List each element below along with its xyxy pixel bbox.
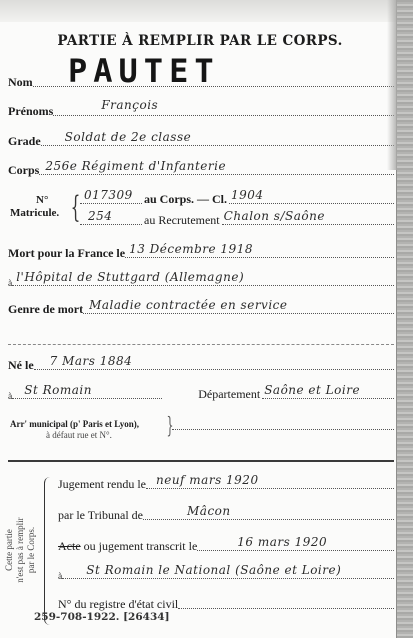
value-lieu-transcription: St Romain le National (Saône et Loire) [86, 563, 341, 577]
field-lieu-naissance: à St Romain Département Saône et Loire [8, 386, 394, 402]
dotted-line: Mâcon [143, 518, 394, 520]
label-corps: Corps [8, 163, 39, 178]
label-tribunal: par le Tribunal de [58, 508, 143, 523]
value-transcrit: 16 mars 1920 [237, 535, 327, 549]
value-genre-mort: Maladie contractée en service [89, 298, 287, 312]
dotted-line: François [53, 114, 394, 116]
label-acte-struck: Acte [58, 539, 81, 554]
value-nom: PAUTET [68, 52, 220, 90]
side-note: Cette partie n'est pas à remplir par le … [4, 490, 50, 610]
field-matricule-corps: 017309 au Corps. — Cl. 1904 [80, 191, 394, 207]
dotted-line: 017309 [80, 202, 142, 204]
value-recrutement-place: Chalon s/Saône [224, 209, 325, 223]
value-arrondissement [172, 428, 394, 430]
field-ne-le: Né le 7 Mars 1884 [8, 357, 394, 373]
label-no: N° [36, 194, 48, 206]
label-arrondissement-2: à défaut rue et N°. [46, 430, 112, 440]
brace-icon: { [71, 190, 81, 225]
dotted-line: Saône et Loire [262, 397, 394, 399]
label-genre-mort: Genre de mort [8, 302, 83, 317]
field-tribunal: par le Tribunal de Mâcon [58, 507, 394, 523]
label-au-recrutement: au Recrutement [144, 213, 220, 228]
value-corps: 256e Régiment d'Infanterie [45, 159, 226, 173]
field-transcrit: Acte ou jugement transcrit le 16 mars 19… [58, 538, 394, 554]
field-registre: N° du registre d'état civil [58, 596, 394, 612]
label-ne-le: Né le [8, 358, 34, 373]
label-jugement-rendu: Jugement rendu le [58, 477, 146, 492]
dotted-line: neuf mars 1920 [146, 487, 394, 489]
value-prenoms: François [101, 98, 158, 112]
dotted-line: St Romain [12, 397, 162, 399]
label-matricule: Matricule. [10, 207, 59, 219]
label-registre: N° du registre d'état civil [58, 597, 178, 612]
field-matricule-recrutement: 254 au Recrutement Chalon s/Saône [80, 212, 394, 228]
dotted-line: 254 [80, 223, 142, 225]
dotted-line: 1904 [229, 202, 394, 204]
section-divider [8, 460, 394, 462]
field-mort: Mort pour la France le 13 Décembre 1918 [8, 245, 394, 261]
side-note-line: Cette partie [4, 490, 15, 610]
dotted-line: 256e Régiment d'Infanterie [39, 173, 394, 175]
value-lieu-mort: l'Hôpital de Stuttgard (Allemagne) [16, 270, 244, 284]
value-departement: Saône et Loire [264, 383, 360, 397]
scan-top-band [0, 0, 400, 22]
field-lieu-transcription: à St Romain le National (Saône et Loire) [58, 566, 394, 582]
dotted-line: Maladie contractée en service [83, 312, 394, 314]
label-departement: Département [198, 387, 260, 402]
dotted-line: 7 Mars 1884 [34, 368, 394, 370]
label-mort: Mort pour la France le [8, 246, 125, 261]
divider [8, 344, 394, 345]
dotted-line: Chalon s/Saône [222, 223, 394, 225]
field-corps: Corps 256e Régiment d'Infanterie [8, 162, 394, 178]
side-note-line: n'est pas à remplir [15, 490, 26, 610]
field-jugement-rendu: Jugement rendu le neuf mars 1920 [58, 476, 394, 492]
value-matricule-recrutement: 254 [88, 209, 112, 223]
field-genre-mort: Genre de mort Maladie contractée en serv… [8, 301, 394, 317]
dotted-line: St Romain le National (Saône et Loire) [62, 577, 394, 579]
field-prenoms: Prénoms François [8, 103, 394, 119]
label-transcrit: ou jugement transcrit le [84, 539, 198, 554]
label-arrondissement: Arr' municipal (p' Paris et Lyon), [10, 419, 139, 429]
label-au-corps: au Corps. — Cl. [144, 192, 227, 207]
label-grade: Grade [8, 134, 41, 149]
field-lieu-mort: à l'Hôpital de Stuttgard (Allemagne) [8, 273, 394, 289]
dotted-line: l'Hôpital de Stuttgard (Allemagne) [12, 284, 394, 286]
value-lieu-naissance: St Romain [24, 383, 92, 397]
value-ne-le: 7 Mars 1884 [50, 354, 133, 368]
value-jugement-rendu: neuf mars 1920 [156, 473, 259, 487]
side-note-line: par le Corps. [26, 490, 37, 610]
dotted-line: Soldat de 2e classe [41, 144, 394, 146]
dotted-line: 16 mars 1920 [197, 549, 394, 551]
dotted-line [178, 607, 394, 609]
document-page: PARTIE À REMPLIR PAR LE CORPS. Nom PAUTE… [0, 0, 400, 638]
brace-icon: } [167, 414, 174, 439]
value-classe: 1904 [231, 188, 264, 202]
field-grade: Grade Soldat de 2e classe [8, 133, 394, 149]
form-title: PARTIE À REMPLIR PAR LE CORPS. [0, 33, 400, 49]
label-prenoms: Prénoms [8, 104, 53, 119]
value-tribunal: Mâcon [187, 504, 231, 518]
value-matricule-corps: 017309 [84, 188, 133, 202]
dotted-line: 13 Décembre 1918 [125, 256, 394, 258]
scan-edge [396, 0, 413, 638]
print-reference: 259-708-1922. [26434] [34, 611, 170, 623]
value-mort: 13 Décembre 1918 [129, 242, 253, 256]
value-grade: Soldat de 2e classe [65, 130, 192, 144]
label-nom: Nom [8, 75, 33, 90]
